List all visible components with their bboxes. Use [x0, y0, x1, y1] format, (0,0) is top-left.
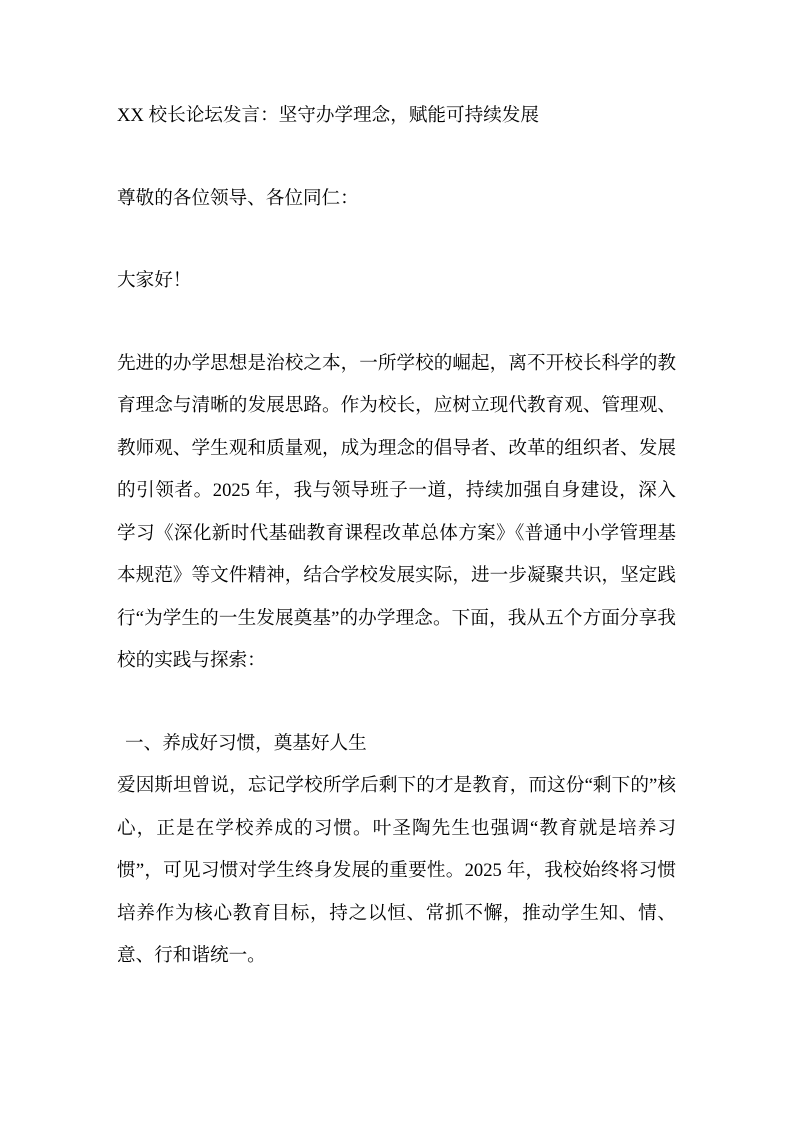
greeting-line: 大家好！ — [117, 260, 676, 303]
section-1-paragraph: 爱因斯坦曾说，忘记学校所学后剩下的才是教育，而这份“剩下的”核心，正是在学校养成… — [117, 765, 676, 978]
section-1-heading: 一、养成好习惯，奠基好人生 — [117, 723, 676, 766]
salutation-line: 尊敬的各位领导、各位同仁： — [117, 178, 676, 221]
document-title: XX 校长论坛发言：坚守办学理念，赋能可持续发展 — [117, 95, 676, 138]
document-page: XX 校长论坛发言：坚守办学理念，赋能可持续发展 尊敬的各位领导、各位同仁： 大… — [0, 0, 793, 1122]
intro-paragraph: 先进的办学思想是治校之本，一所学校的崛起，离不开校长科学的教育理念与清晰的发展思… — [117, 343, 676, 683]
